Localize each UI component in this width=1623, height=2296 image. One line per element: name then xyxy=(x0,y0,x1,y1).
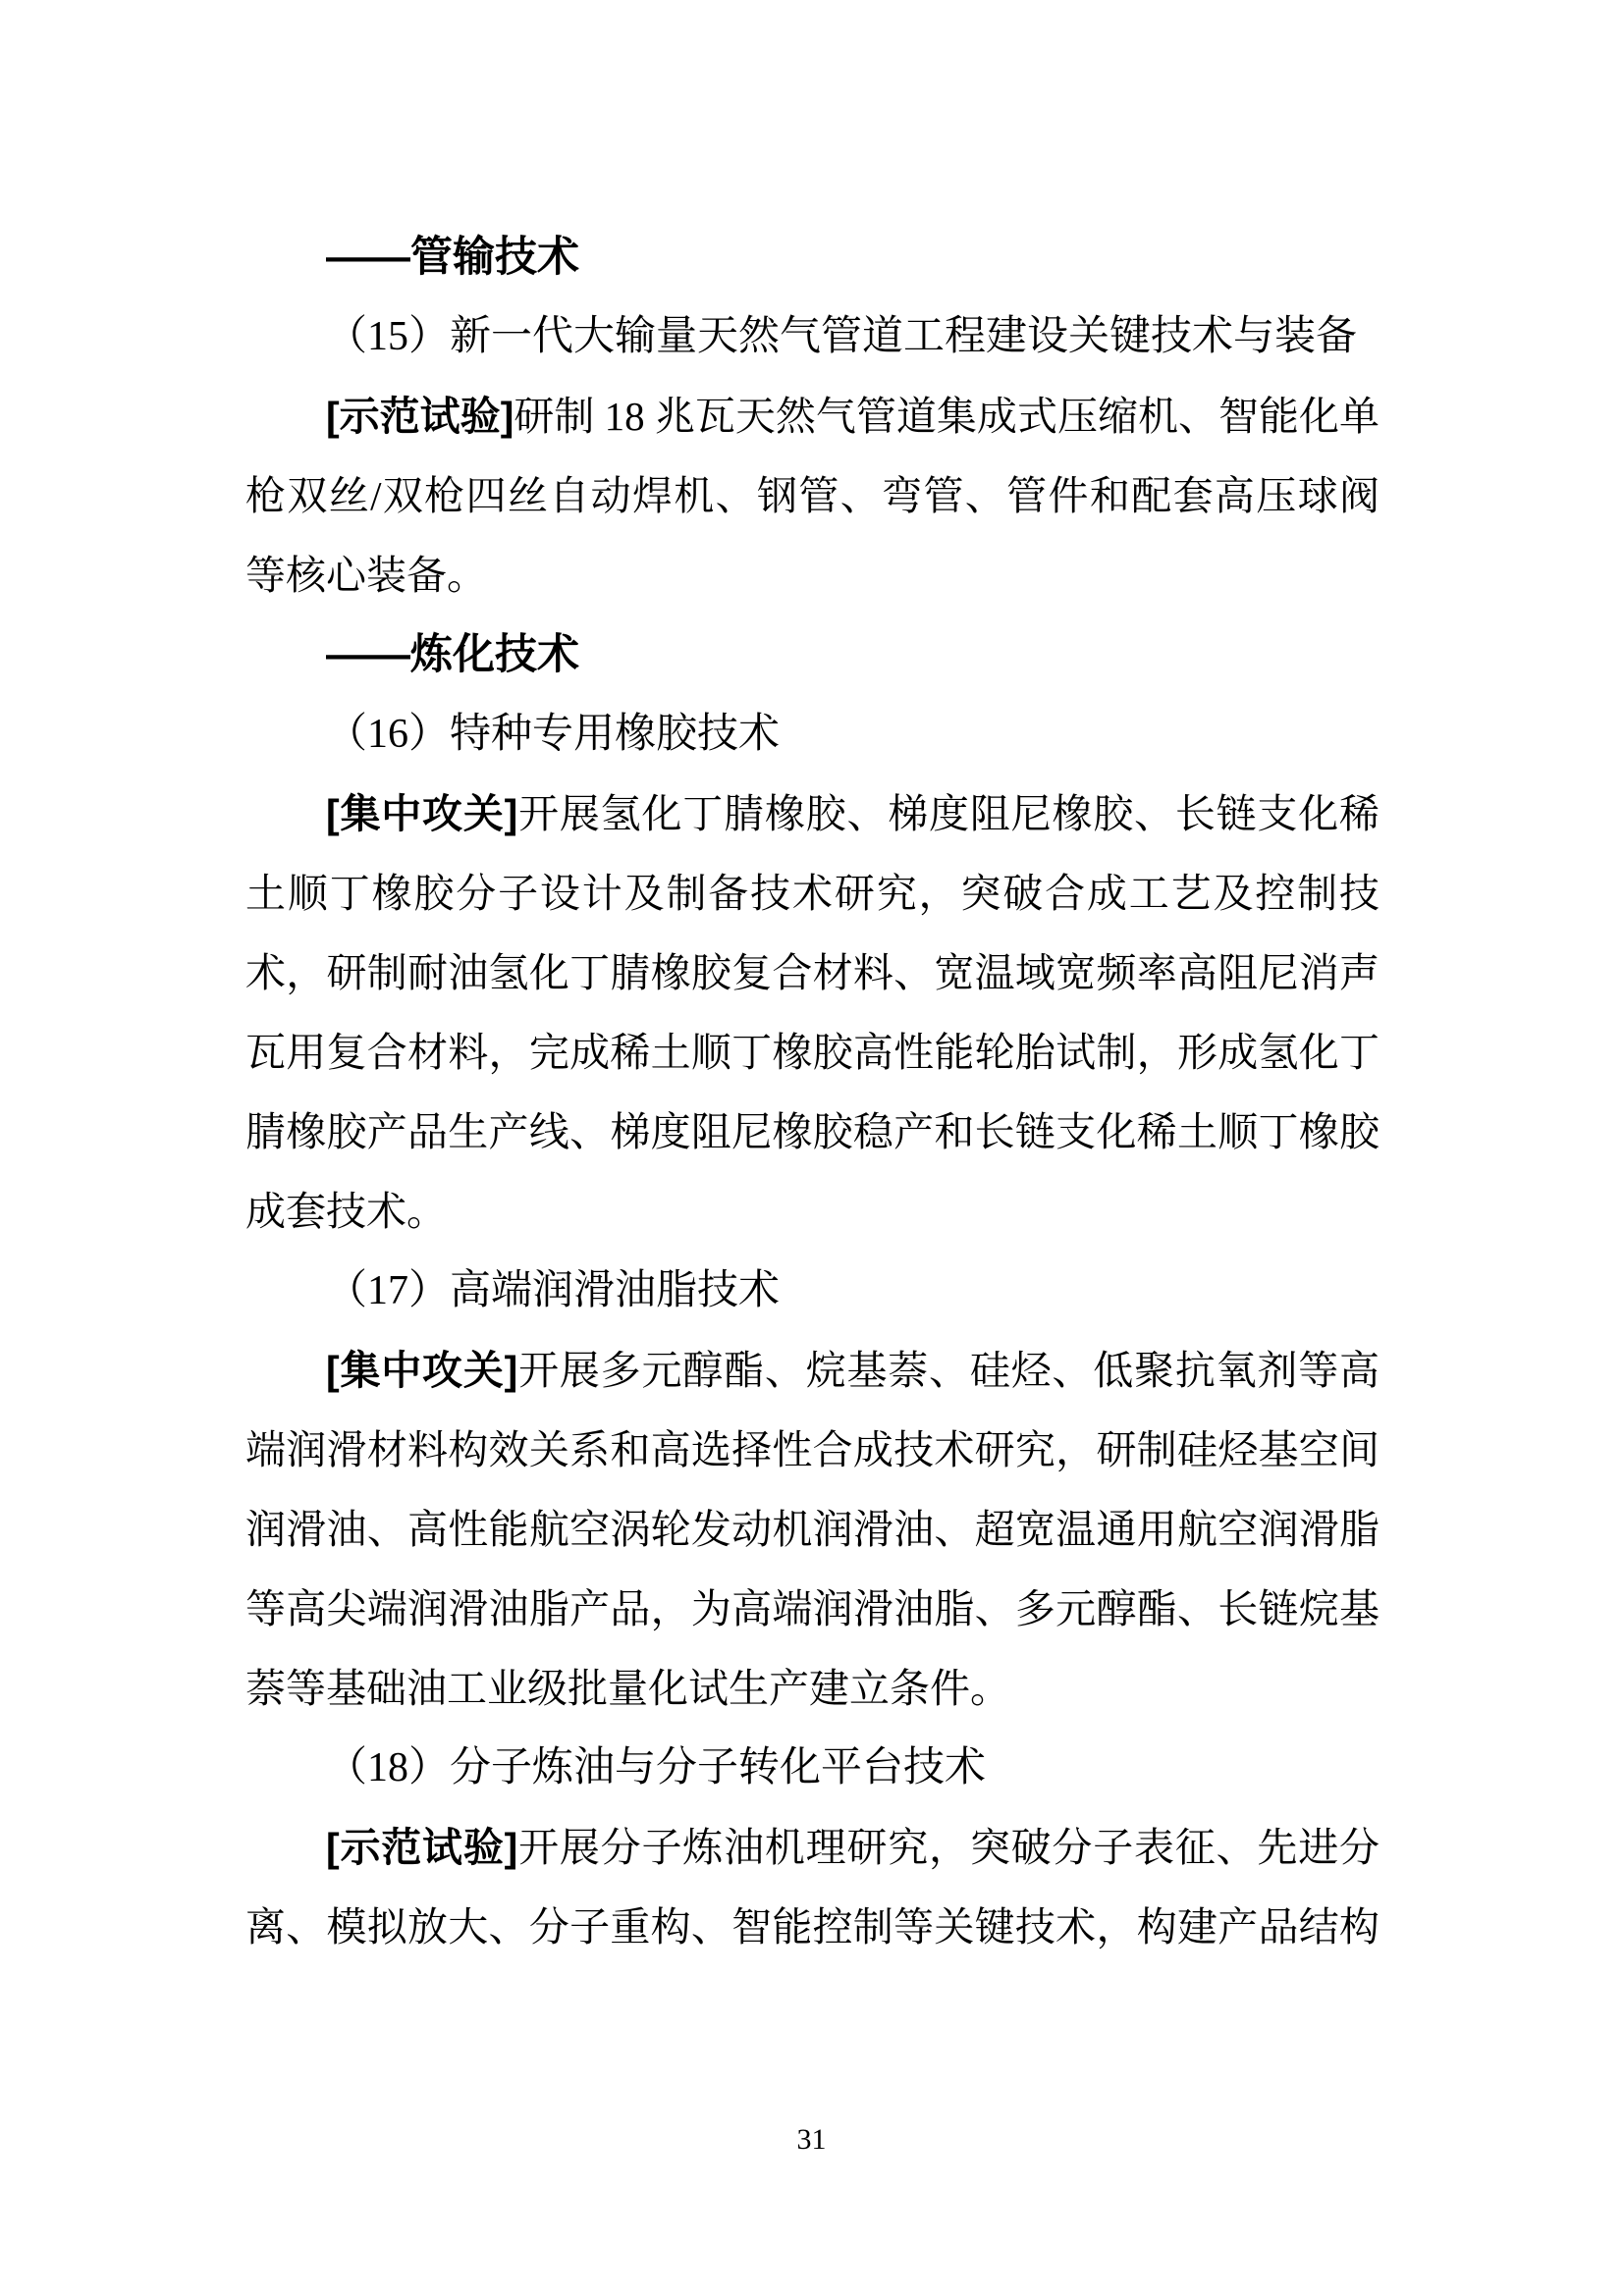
text-line: [示范试验]开展分子炼油机理研究，突破分子表征、先进分 xyxy=(245,1808,1380,1888)
text-line: 土顺丁橡胶分子设计及制备技术研究，突破合成工艺及控制技 xyxy=(245,854,1380,934)
text-line: 萘等基础油工业级批量化试生产建立条件。 xyxy=(245,1649,1380,1729)
text-line: 枪双丝/双枪四丝自动焊机、钢管、弯管、管件和配套高压球阀 xyxy=(245,456,1380,536)
text-line: [集中攻关]开展氢化丁腈橡胶、梯度阻尼橡胶、长链支化稀 xyxy=(245,774,1380,854)
text-line: 术，研制耐油氢化丁腈橡胶复合材料、宽温域宽频率高阻尼消声 xyxy=(245,934,1380,1013)
text-line: 成套技术。 xyxy=(245,1172,1380,1252)
text-line: 离、模拟放大、分子重构、智能控制等关键技术，构建产品结构 xyxy=(245,1888,1380,1967)
page-footer: 31 xyxy=(0,2123,1623,2157)
text-line: （18）分子炼油与分子转化平台技术 xyxy=(245,1729,1380,1808)
document-body: ——管输技术（15）新一代大输量天然气管道工程建设关键技术与装备[示范试验]研制… xyxy=(245,218,1380,1967)
text-line: 瓦用复合材料，完成稀土顺丁橡胶高性能轮胎试制，形成氢化丁 xyxy=(245,1013,1380,1093)
text-line: 端润滑材料构效关系和高选择性合成技术研究，研制硅烃基空间 xyxy=(245,1411,1380,1490)
paragraph-tag: [集中攻关] xyxy=(326,791,517,836)
text-line: 等核心装备。 xyxy=(245,536,1380,615)
text-line: [示范试验]研制 18 兆瓦天然气管道集成式压缩机、智能化单 xyxy=(245,377,1380,456)
paragraph-tag: [示范试验] xyxy=(326,394,514,439)
text-line: 腈橡胶产品生产线、梯度阻尼橡胶稳产和长链支化稀土顺丁橡胶 xyxy=(245,1093,1380,1172)
text-line: （17）高端润滑油脂技术 xyxy=(245,1252,1380,1331)
text-line: （15）新一代大输量天然气管道工程建设关键技术与装备 xyxy=(245,297,1380,377)
text-line: ——管输技术 xyxy=(245,218,1380,297)
text-line: （16）特种专用橡胶技术 xyxy=(245,695,1380,774)
text-line: 润滑油、高性能航空涡轮发动机润滑油、超宽温通用航空润滑脂 xyxy=(245,1490,1380,1570)
text-line: [集中攻关]开展多元醇酯、烷基萘、硅烃、低聚抗氧剂等高 xyxy=(245,1331,1380,1411)
paragraph-tag: [集中攻关] xyxy=(326,1348,517,1393)
text-line: 等高尖端润滑油脂产品，为高端润滑油脂、多元醇酯、长链烷基 xyxy=(245,1570,1380,1649)
page-number: 31 xyxy=(797,2123,827,2156)
text-line: ——炼化技术 xyxy=(245,615,1380,695)
paragraph-tag: [示范试验] xyxy=(326,1825,517,1870)
document-page: ——管输技术（15）新一代大输量天然气管道工程建设关键技术与装备[示范试验]研制… xyxy=(0,0,1623,2296)
